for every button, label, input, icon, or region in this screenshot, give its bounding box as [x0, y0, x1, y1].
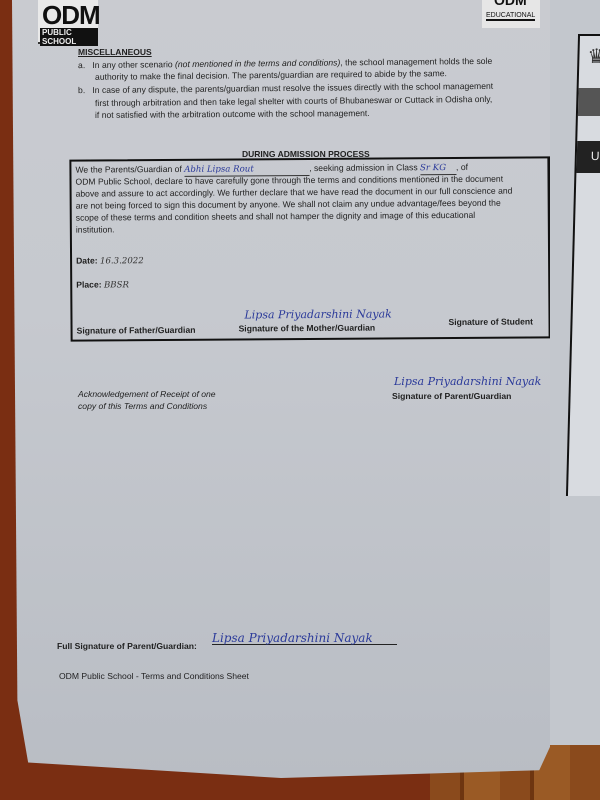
declaration-line-6: institution.: [76, 223, 115, 235]
acknowledgement-signature: Lipsa Priyadarshini Nayak: [394, 376, 541, 388]
page-footer: ODM Public School - Terms and Conditions…: [59, 670, 249, 682]
section-title-miscellaneous: MISCELLANEOUS: [78, 46, 152, 58]
acknowledgement-signature-label: Signature of Parent/Guardian: [392, 390, 511, 402]
full-signature-value: Lipsa Priyadarshini Nayak: [212, 632, 397, 645]
date-value: 16.3.2022: [100, 256, 144, 266]
gov-doc-band: [578, 88, 600, 116]
place-value: BBSR: [104, 280, 129, 290]
acknowledgement-line-1: Acknowledgement of Receipt of one: [78, 388, 216, 400]
declaration-line-5: scope of these terms and condition sheet…: [76, 209, 475, 224]
acknowledgement-line-2: copy of this Terms and Conditions: [78, 400, 207, 412]
odm-public-school-logo: ODM PUBLIC SCHOOL: [38, 0, 98, 44]
misc-item-b-line3: if not satisfied with the arbitration ou…: [95, 107, 370, 121]
father-signature-label: Signature of Father/Guardian: [77, 324, 196, 337]
mother-signature-label: Signature of the Mother/Guardian: [239, 322, 376, 335]
place-label: Place:: [76, 279, 101, 289]
class-field: Sr KG: [420, 163, 446, 173]
declaration-box: We the Parents/Guardian of Abhi Lipsa Ro…: [69, 156, 551, 341]
mother-signature: Lipsa Priyadarshini Nayak: [244, 307, 391, 321]
place-row: Place: BBSR: [76, 278, 129, 291]
student-name-field: Abhi Lipsa Rout: [184, 164, 254, 174]
full-signature-label: Full Signature of Parent/Guardian:: [57, 640, 197, 652]
odm-educational-logo: ODM EDUCATIONAL: [482, 0, 540, 28]
date-row: Date: 16.3.2022: [76, 254, 144, 267]
gov-doc-header-band: U: [576, 141, 600, 173]
document-page: ODM PUBLIC SCHOOL ODM EDUCATIONAL MISCEL…: [12, 0, 550, 778]
national-emblem-icon: ♛: [587, 44, 600, 69]
student-signature-label: Signature of Student: [448, 315, 533, 328]
date-label: Date:: [76, 255, 98, 265]
